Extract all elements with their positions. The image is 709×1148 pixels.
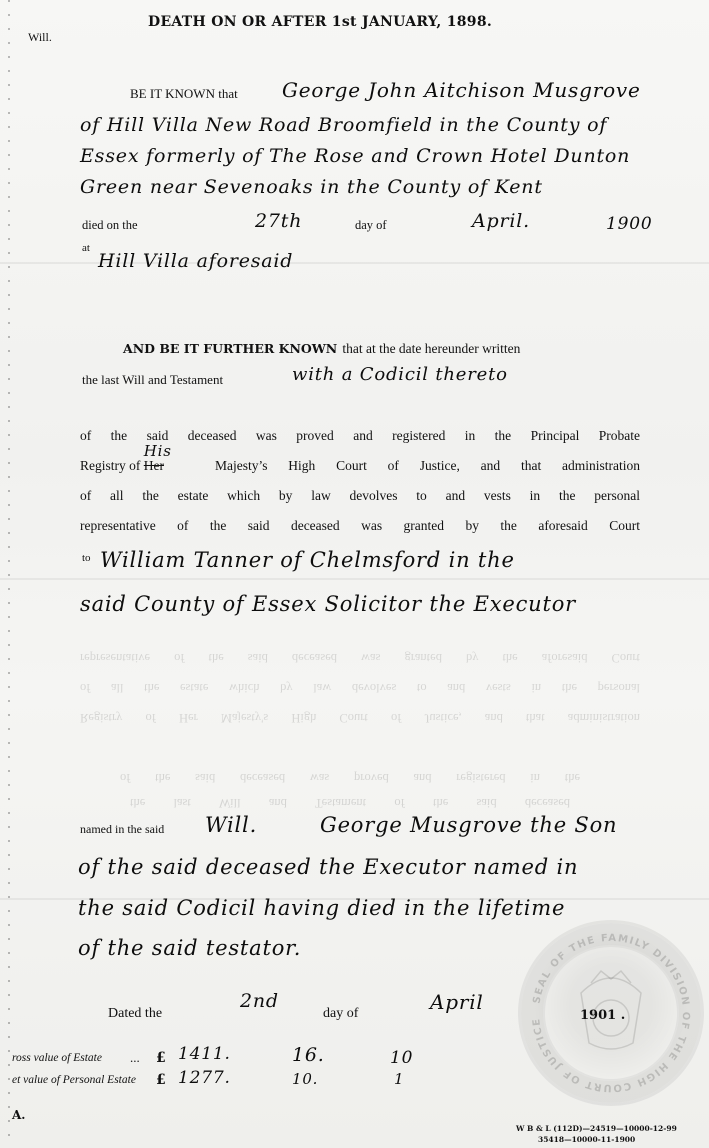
gross-pounds: 1411. xyxy=(178,1044,231,1064)
died-on-label: died on the xyxy=(82,218,138,233)
executor-line: the said Codicil having died in the life… xyxy=(78,896,565,920)
page-title: DEATH ON OR AFTER 1st JANUARY, 1898. xyxy=(148,14,492,30)
struck-word: Her xyxy=(144,458,164,473)
named-executor: George Musgrove the Son xyxy=(320,813,617,837)
bleed-through-text: of the said deceased was proved and regi… xyxy=(120,770,580,785)
address-line: Essex formerly of The Rose and Crown Hot… xyxy=(80,145,630,167)
corner-mark: A. xyxy=(12,1108,26,1122)
executor-line: of the said deceased the Executor named … xyxy=(78,855,578,879)
printer-imprint: W B & L (112D)—24519—10000-12-99 xyxy=(516,1124,677,1133)
deceased-name: George John Aitchison Musgrove xyxy=(282,78,641,102)
named-in-label: named in the said xyxy=(80,822,164,837)
bleed-through-text: of all the estate which by law devolves … xyxy=(80,680,640,695)
registry-label: Registry of xyxy=(80,458,140,473)
at-label: at xyxy=(82,242,90,254)
gross-pence: 10 xyxy=(390,1048,413,1068)
margin-perforation xyxy=(8,0,10,1148)
death-month: April. xyxy=(472,210,530,232)
registry-line: Registry of Her His Majesty’s High Court… xyxy=(80,458,640,474)
be-it-known-label: BE IT KNOWN that xyxy=(130,86,238,102)
bleed-through-text: representative of the said deceased was … xyxy=(80,650,640,665)
printer-imprint: 35418—10000-11-1900 xyxy=(538,1135,635,1144)
gross-value-label: ross value of Estate xyxy=(12,1052,102,1064)
registry-rest: Majesty’s High Court of Justice, and tha… xyxy=(215,458,640,474)
probate-document: Will. DEATH ON OR AFTER 1st JANUARY, 189… xyxy=(0,0,709,1148)
further-known-line: AND BE IT FURTHER KNOWN that at the date… xyxy=(123,338,520,357)
dated-label: Dated the xyxy=(108,1006,162,1022)
body-line: representative of the said deceased was … xyxy=(80,518,640,534)
body-line: of all the estate which by law devolves … xyxy=(80,488,640,504)
net-value-label: et value of Personal Estate xyxy=(12,1074,136,1086)
further-known-rest: that at the date hereunder written xyxy=(342,341,520,356)
net-pounds: 1277. xyxy=(178,1068,231,1088)
will-addition: with a Codicil thereto xyxy=(292,364,508,385)
gross-shillings: 16. xyxy=(292,1044,325,1066)
bleed-through-text: Registry of Her Majesty's High Court of … xyxy=(80,710,640,725)
grantee-line: said County of Essex Solicitor the Execu… xyxy=(80,592,576,616)
side-label: Will. xyxy=(28,30,52,45)
address-line: Green near Sevenoaks in the County of Ke… xyxy=(80,176,543,198)
day-of-label: day of xyxy=(355,218,387,233)
dated-year: 1901 . xyxy=(580,1008,625,1023)
to-label: to xyxy=(82,552,91,564)
further-known-bold: AND BE IT FURTHER KNOWN xyxy=(123,341,337,356)
dated-month: April xyxy=(430,990,484,1014)
dated-day-of-label: day of xyxy=(323,1006,358,1022)
pound-sign: £ xyxy=(156,1072,166,1088)
net-shillings: 10. xyxy=(292,1070,318,1088)
gross-dots: ... xyxy=(130,1050,140,1066)
last-will-label: the last Will and Testament xyxy=(82,372,223,388)
inserted-word: His xyxy=(144,442,172,460)
grantee-line: William Tanner of Chelmsford in the xyxy=(100,548,515,572)
death-year: 1900 xyxy=(606,214,652,234)
pound-sign: £ xyxy=(156,1050,166,1066)
named-in-will: Will. xyxy=(205,813,257,837)
executor-line: of the said testator. xyxy=(78,936,301,960)
death-place: Hill Villa aforesaid xyxy=(98,250,293,272)
dated-day: 2nd xyxy=(240,990,279,1012)
death-day: 27th xyxy=(255,210,302,232)
net-pence: 1 xyxy=(394,1070,404,1088)
bleed-through-text: the last Will and Testament of the said … xyxy=(130,795,570,810)
fold-line xyxy=(0,578,709,580)
address-line: of Hill Villa New Road Broomfield in the… xyxy=(80,114,607,136)
